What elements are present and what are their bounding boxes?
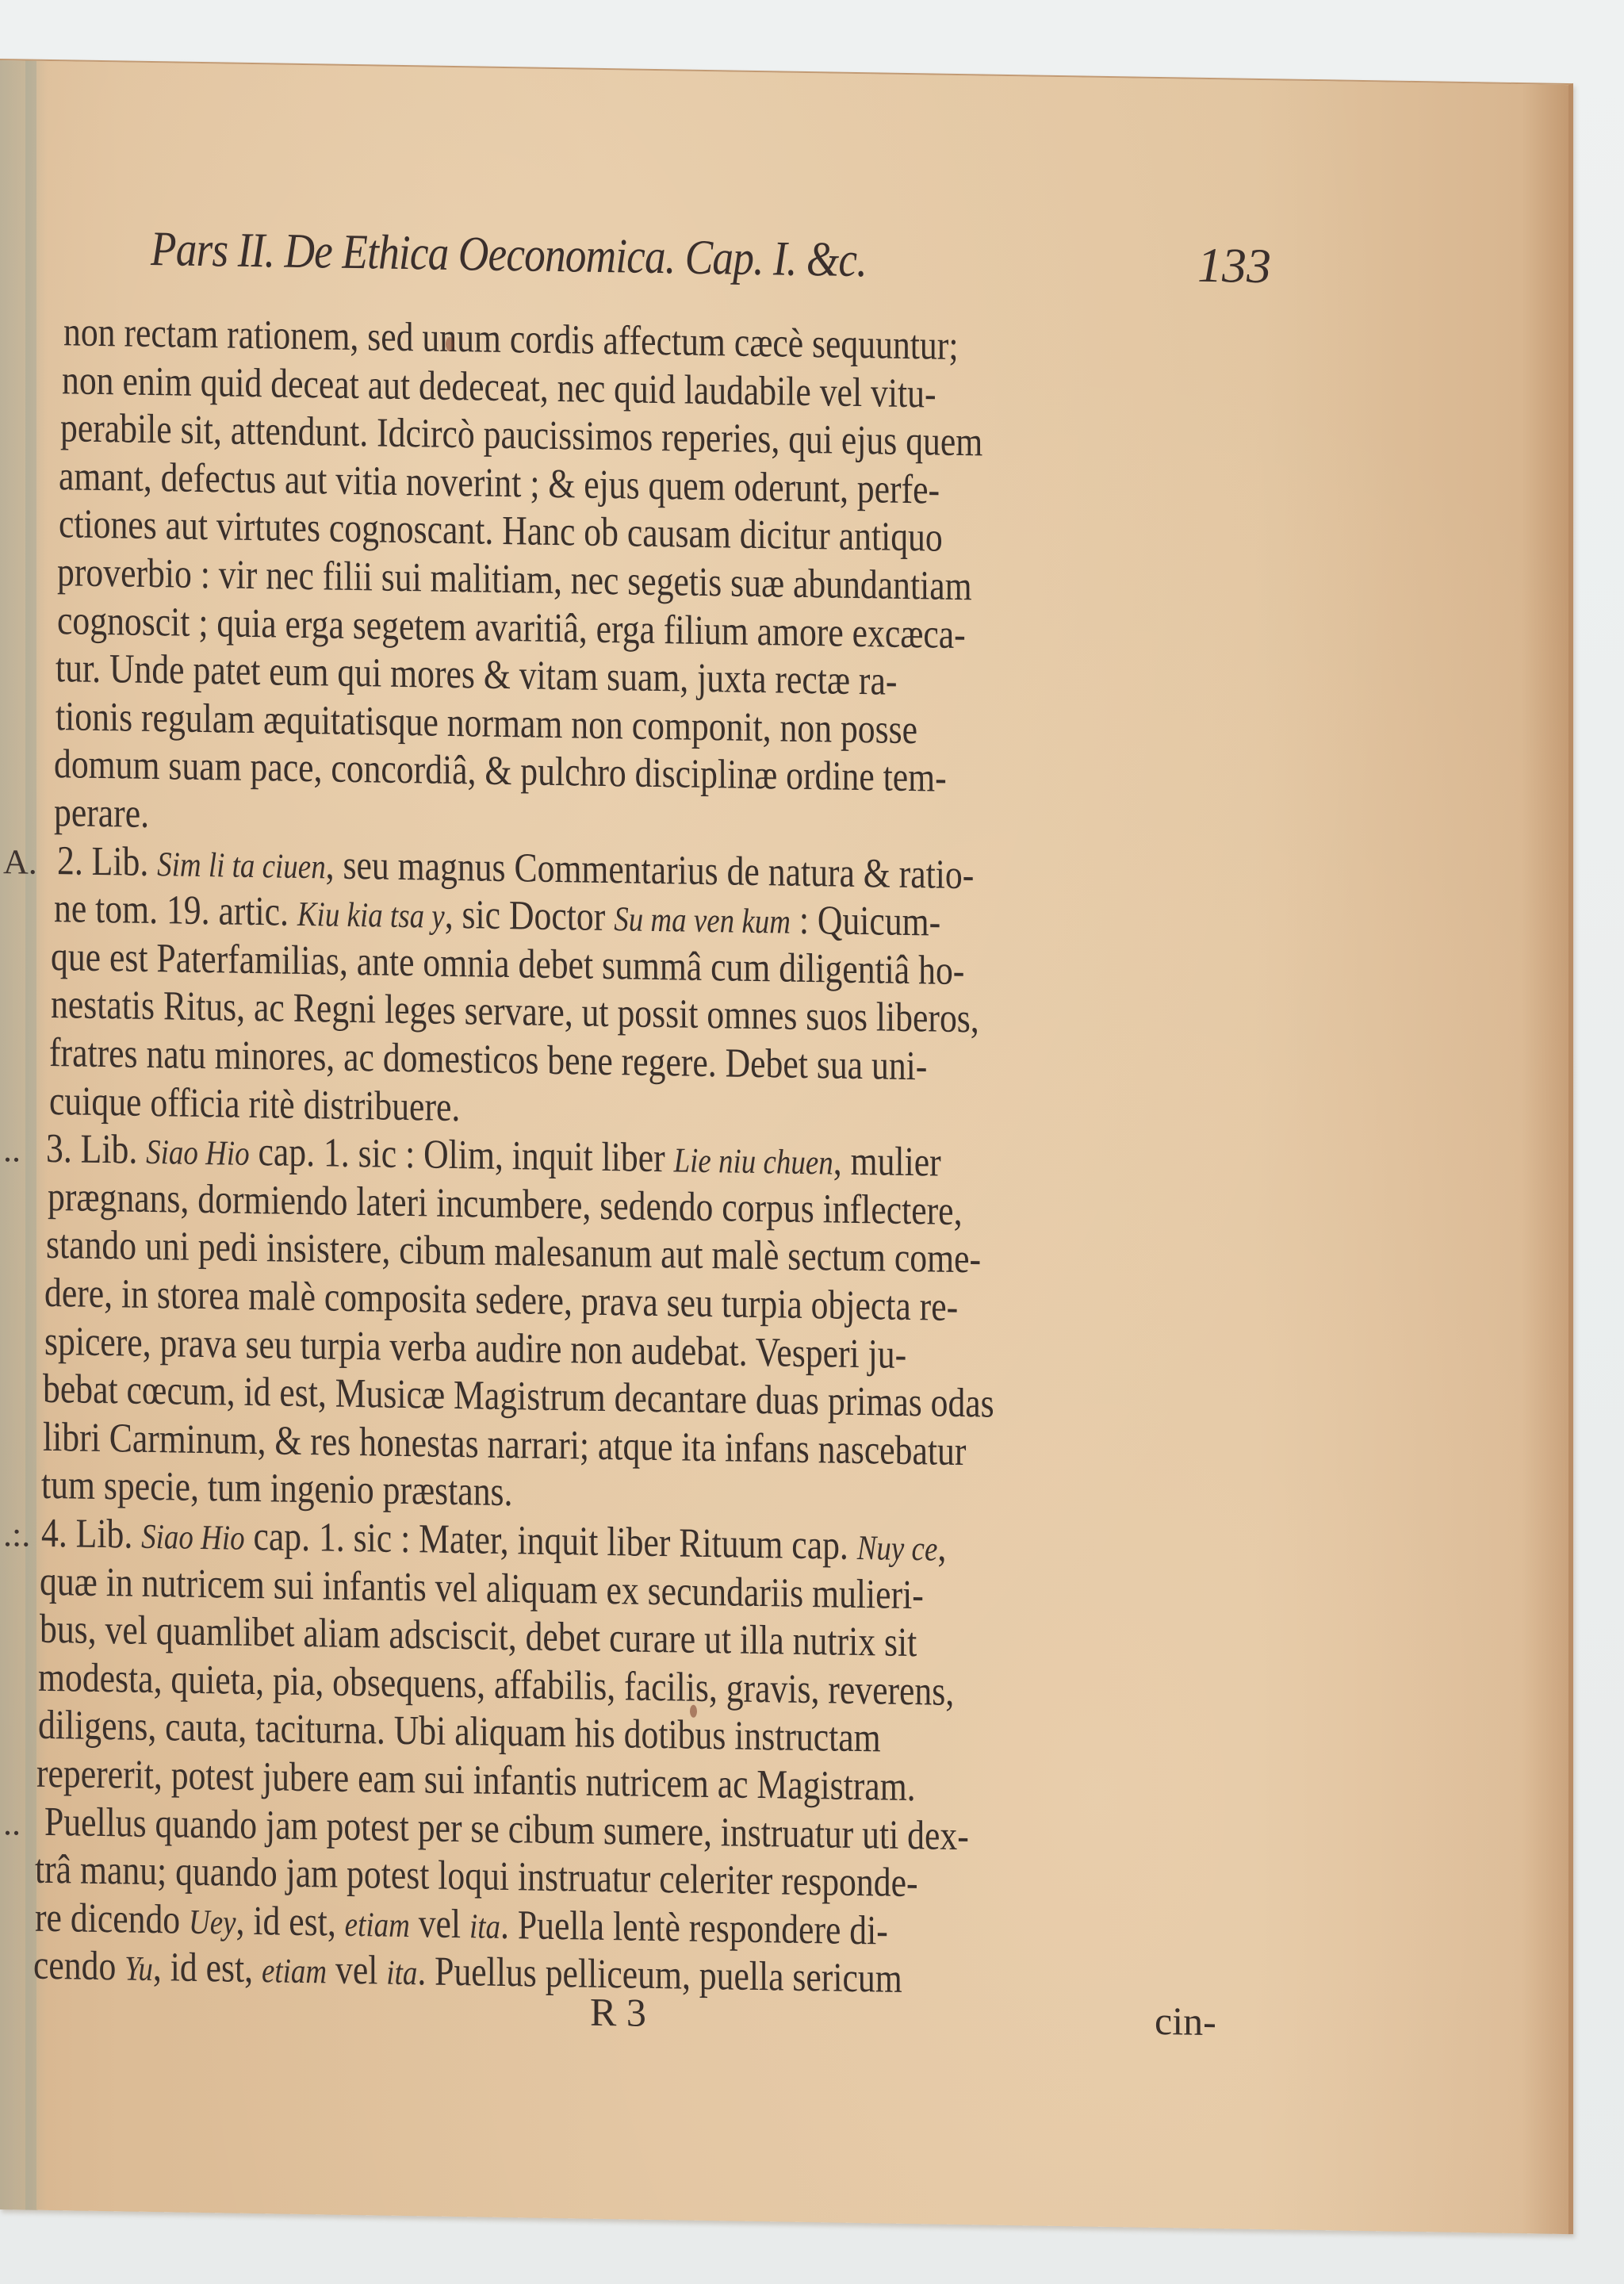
text-span: perare.	[54, 790, 149, 837]
margin-mark: ..	[3, 1803, 21, 1843]
margin-mark: A.	[3, 841, 37, 883]
page-number: 133	[1197, 238, 1271, 295]
text-line: perare.	[54, 789, 149, 838]
text-span: : Quicum-	[791, 898, 940, 945]
text-span: cuique officia ritè distribuere.	[49, 1079, 460, 1130]
italic-term: etiam	[345, 1905, 410, 1945]
text-span: re dicendo	[35, 1895, 189, 1942]
italic-term: etiam	[262, 1952, 327, 1991]
italic-term: Kiu kia tsa y	[297, 895, 445, 936]
text-span: cap. 1. sic : Mater, inquit liber Rituum…	[245, 1514, 857, 1569]
italic-term: Siao Hio	[141, 1517, 244, 1558]
text-span: cendo	[33, 1943, 124, 1990]
italic-term: ita	[386, 1953, 417, 1993]
italic-term: Yu	[124, 1949, 153, 1989]
book-page: Pars II. De Ethica Oeconomica. Cap. I. &…	[0, 59, 1573, 2234]
ink-stain	[446, 337, 454, 351]
italic-term: Siao Hio	[146, 1132, 249, 1173]
text-span: , seu magnus Commentarius de natura & ra…	[326, 842, 975, 898]
text-span: vel	[327, 1948, 386, 1994]
signature-mark: R 3	[590, 1989, 646, 2036]
ink-stain	[690, 1705, 697, 1718]
text-span: , sic Doctor	[445, 892, 615, 940]
italic-term: Lie niu chuen	[674, 1141, 833, 1182]
text-span: ,	[937, 1525, 946, 1570]
text-span: tum specie, tum ingenio præstans.	[41, 1462, 512, 1515]
text-span: , id est,	[236, 1898, 345, 1945]
text-span: 4. Lib.	[41, 1511, 141, 1558]
italic-term: ita	[469, 1907, 500, 1946]
text-span: ne tom. 19. artic.	[54, 886, 297, 935]
catchword: cin-	[1155, 1998, 1216, 2044]
text-line: tum specie, tum ingenio præstans.	[41, 1462, 512, 1516]
text-span: 2. Lib.	[57, 838, 157, 885]
text-span: 3. Lib.	[46, 1126, 146, 1173]
italic-term: Nuy ce	[857, 1528, 938, 1569]
text-span: . Puellus pelliceum, puella sericum	[417, 1949, 902, 2002]
margin-mark: .:.	[3, 1514, 30, 1555]
italic-term: Su ma ven kum	[614, 899, 791, 941]
italic-term: Uey	[189, 1903, 236, 1942]
text-span: vel	[410, 1901, 469, 1947]
text-line: cuique officia ritè distribuere.	[49, 1078, 460, 1132]
page-header: Pars II. De Ethica Oeconomica. Cap. I. &…	[151, 221, 1261, 302]
text-span: , id est,	[153, 1945, 262, 1991]
text-span: cap. 1. sic : Olim, inquit liber	[250, 1129, 674, 1181]
margin-mark: ..	[3, 1129, 21, 1170]
text-span: , mulier	[833, 1139, 941, 1186]
text-span: . Puella lentè respondere di-	[500, 1903, 888, 1954]
running-head: Pars II. De Ethica Oeconomica. Cap. I. &…	[151, 221, 867, 289]
body-text: non rectam rationem, sed unum cordis aff…	[0, 308, 1269, 328]
italic-term: Sim li ta ciuen	[157, 845, 325, 886]
